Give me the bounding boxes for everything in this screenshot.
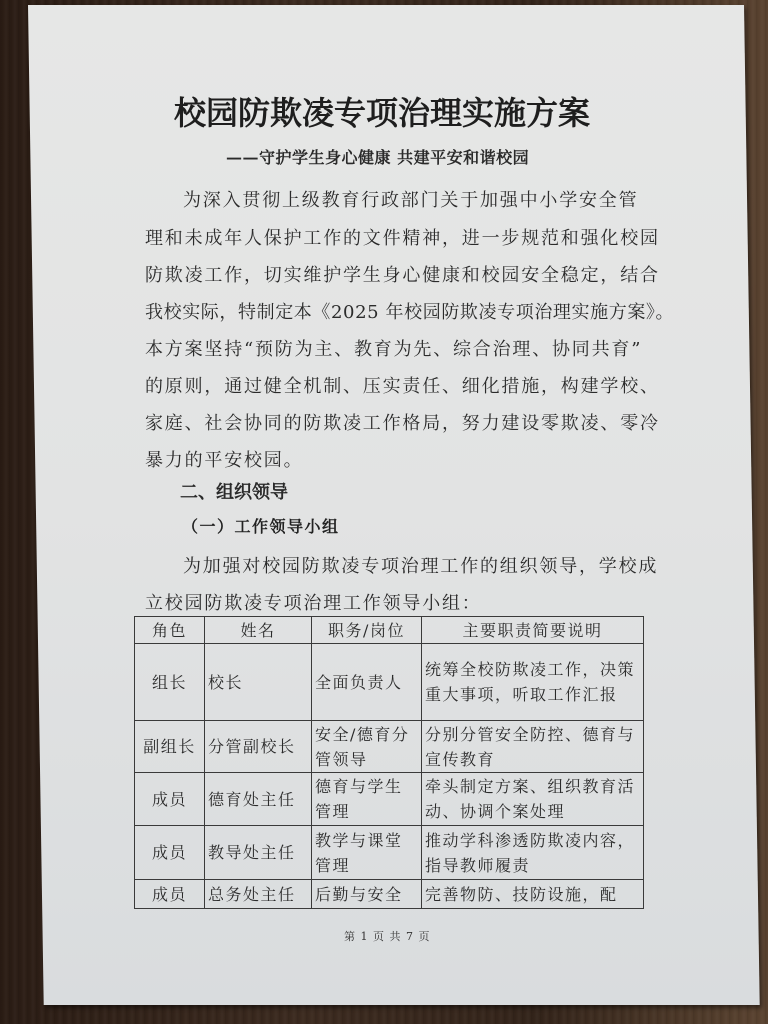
table-header-row: 角色 姓名 职务/岗位 主要职责简要说明 [135,617,644,644]
cell-role: 成员 [135,880,205,909]
table-row: 组长 校长 全面负责人 统筹全校防欺凌工作，决策重大事项，听取工作汇报 [135,644,644,721]
cell-duty: 完善物防、技防设施，配 [422,880,644,909]
section-heading: 二、组织领导 [180,478,288,504]
cell-role: 副组长 [135,721,205,773]
table-row: 成员 德育处主任 德育与学生管理 牵头制定方案、组织教育活动、协调个案处理 [135,773,644,826]
cell-duty: 统筹全校防欺凌工作，决策重大事项，听取工作汇报 [422,644,644,721]
table-row: 成员 教导处主任 教学与课堂管理 推动学科渗透防欺凌内容，指导教师履责 [135,826,644,880]
intro-paragraph-line: 的原则，通过健全机制、压实责任、细化措施，构建学校、 [145,372,660,398]
intro-paragraph-line: 为深入贯彻上级教育行政部门关于加强中小学安全管 [183,186,638,212]
header-position: 职务/岗位 [312,617,422,644]
cell-duty: 牵头制定方案、组织教育活动、协调个案处理 [422,773,644,826]
cell-position: 德育与学生管理 [312,773,422,826]
cell-name: 教导处主任 [205,826,312,880]
cell-role: 组长 [135,644,205,721]
header-duty: 主要职责简要说明 [422,617,644,644]
cell-role: 成员 [135,773,205,826]
cell-duty: 推动学科渗透防欺凌内容，指导教师履责 [422,826,644,880]
cell-position: 后勤与安全 [312,880,422,909]
cell-position: 全面负责人 [312,644,422,721]
cell-role: 成员 [135,826,205,880]
intro-paragraph-line: 防欺凌工作，切实维护学生身心健康和校园安全稳定，结合 [145,261,660,287]
section-intro-line: 为加强对校园防欺凌专项治理工作的组织领导，学校成 [183,552,658,578]
cell-name: 校长 [205,644,312,721]
cell-duty: 分别分管安全防控、德育与宣传教育 [422,721,644,773]
section-intro-line: 立校园防欺凌专项治理工作领导小组： [145,589,482,615]
cell-position: 安全/德育分管领导 [312,721,422,773]
document-subtitle: ——守护学生身心健康 共建平安和谐校园 [226,145,529,168]
cell-name: 德育处主任 [205,773,312,826]
intro-paragraph-line: 家庭、社会协同的防欺凌工作格局，努力建设零欺凌、零冷 [145,409,660,435]
header-role: 角色 [135,617,205,644]
intro-paragraph-line: 本方案坚持“预防为主、教育为先、综合治理、协同共育” [145,335,642,361]
header-name: 姓名 [205,617,312,644]
cell-name: 总务处主任 [205,880,312,909]
table-row: 成员 总务处主任 后勤与安全 完善物防、技防设施，配 [135,880,644,909]
table-row: 副组长 分管副校长 安全/德育分管领导 分别分管安全防控、德育与宣传教育 [135,721,644,773]
page-number-footer: 第 1 页 共 7 页 [344,928,430,944]
intro-paragraph-line: 理和未成年人保护工作的文件精神，进一步规范和强化校园 [145,224,660,250]
cell-position: 教学与课堂管理 [312,826,422,880]
document-title: 校园防欺凌专项治理实施方案 [132,88,632,134]
intro-paragraph-line: 暴力的平安校园。 [145,446,303,472]
intro-paragraph-line: 我校实际，特制定本《2025 年校园防欺凌专项治理实施方案》。 [145,298,674,324]
subsection-heading: （一）工作领导小组 [182,514,340,537]
cell-name: 分管副校长 [205,721,312,773]
leadership-group-table: 角色 姓名 职务/岗位 主要职责简要说明 组长 校长 全面负责人 统筹全校防欺凌… [134,616,644,909]
